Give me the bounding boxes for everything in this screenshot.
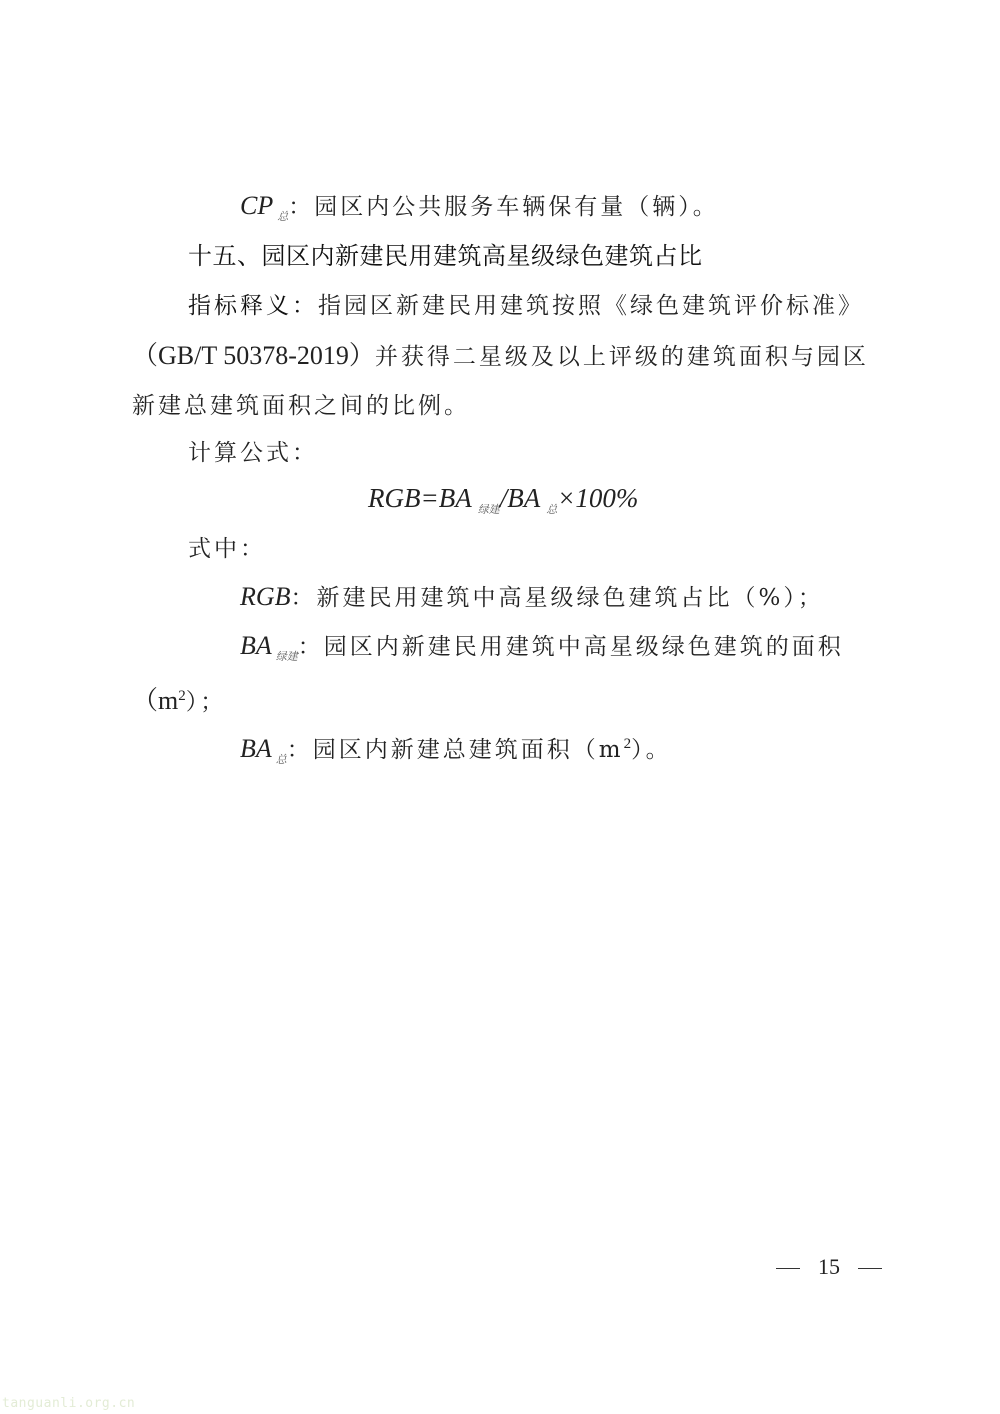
- formula-label: 计算公式：: [188, 437, 318, 469]
- formula-lhs: RGB=BA: [368, 483, 472, 513]
- standard-code: （GB/T 50378-2019）: [132, 341, 375, 370]
- section-heading: 十五、园区内新建民用建筑高星级绿色建筑占比: [188, 240, 703, 272]
- definition-text-2: 并获得二星级及以上评级的建筑面积与园区: [375, 344, 869, 370]
- unit-superscript: 2: [624, 736, 632, 752]
- ba-total-definition-text: ：园区内新建总建筑面积（m: [287, 737, 624, 763]
- formula-sub-total: 总: [546, 503, 557, 516]
- unit-open: （m: [132, 686, 178, 715]
- definition-line-3: 新建总建筑面积之间的比例。: [132, 390, 470, 422]
- unit-superscript: 2: [178, 688, 186, 704]
- variable-ba: BA: [240, 734, 272, 763]
- formula-rhs: ×100%: [557, 483, 638, 513]
- cp-definition-text: ：园区内公共服务车辆保有量（辆）。: [288, 194, 719, 220]
- variable-rgb: RGB: [240, 582, 291, 611]
- dash-left: [776, 1268, 800, 1269]
- cp-definition: CP总：园区内公共服务车辆保有量（辆）。: [240, 190, 719, 233]
- subscript-total: 总: [276, 753, 287, 766]
- ba-total-close: ）。: [631, 737, 672, 763]
- formula: RGB=BA绿建/BA总×100%: [368, 482, 638, 526]
- ba-total-definition: BA总：园区内新建总建筑面积（m2）。: [240, 728, 672, 776]
- rgb-definition-text: ：新建民用建筑中高星级绿色建筑占比（%）；: [291, 585, 824, 611]
- definition-label: 指标释义：: [188, 293, 318, 319]
- variable-cp: CP: [240, 191, 273, 220]
- ba-green-definition-cont: （m2）；: [132, 680, 226, 718]
- subscript-total: 总: [277, 210, 288, 223]
- definition-line-1: 指标释义：指园区新建民用建筑按照《绿色建筑评价标准》: [188, 290, 864, 322]
- where-label: 式中：: [188, 533, 266, 565]
- formula-sub-green: 绿建: [478, 503, 500, 516]
- page-number-value: 15: [818, 1254, 840, 1279]
- dash-right: [858, 1268, 882, 1269]
- rgb-definition: RGB：新建民用建筑中高星级绿色建筑占比（%）；: [240, 581, 824, 614]
- subscript-green-building: 绿建: [276, 650, 298, 663]
- watermark: tanguanli.org.cn: [2, 1396, 135, 1411]
- variable-ba: BA: [240, 631, 272, 660]
- definition-line-2: （GB/T 50378-2019）并获得二星级及以上评级的建筑面积与园区: [132, 340, 869, 373]
- ba-green-definition-text: ：园区内新建民用建筑中高星级绿色建筑的面积: [298, 634, 844, 660]
- page-number: 15: [758, 1254, 900, 1280]
- definition-text-1: 指园区新建民用建筑按照《绿色建筑评价标准》: [318, 293, 864, 319]
- ba-green-definition: BA绿建：园区内新建民用建筑中高星级绿色建筑的面积: [240, 630, 844, 673]
- formula-mid: /BA: [500, 483, 541, 513]
- unit-close: ）；: [186, 689, 227, 715]
